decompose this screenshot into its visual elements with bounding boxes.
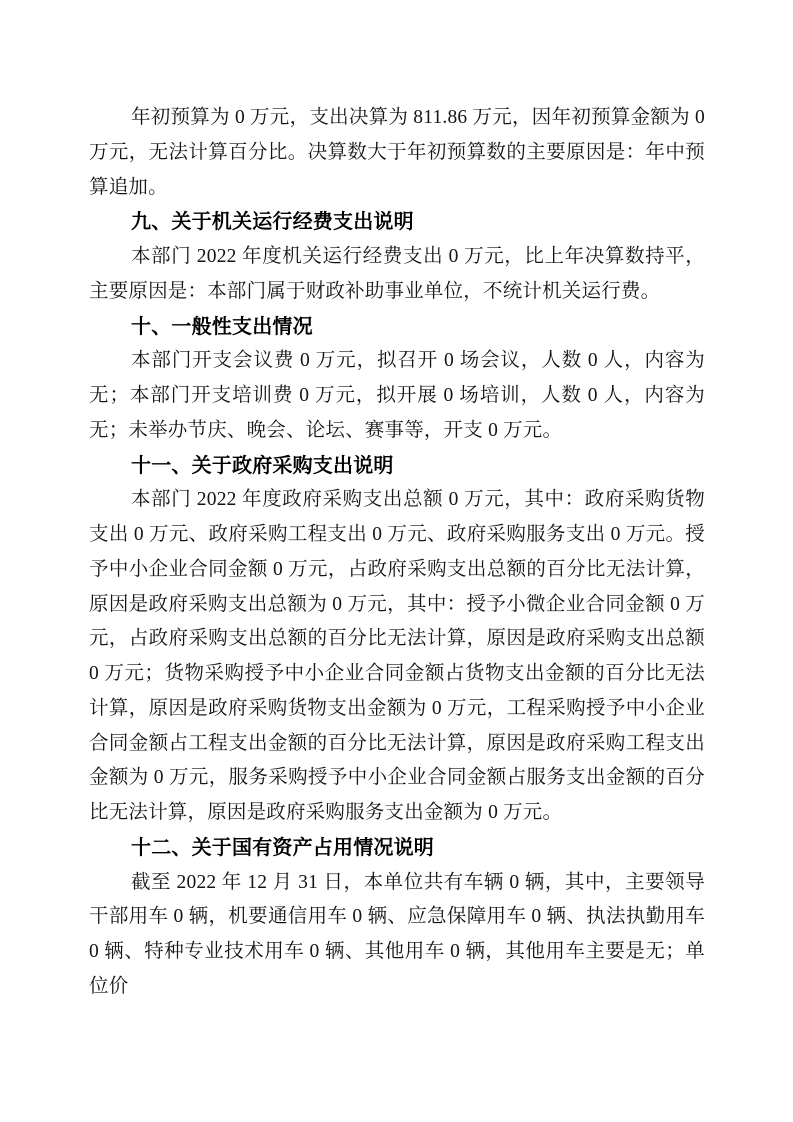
section-heading: 十二、关于国有资产占用情况说明 — [89, 831, 705, 866]
body-paragraph: 年初预算为 0 万元，支出决算为 811.86 万元，因年初预算金额为 0 万元… — [89, 101, 705, 205]
section-heading: 十、一般性支出情况 — [89, 310, 705, 345]
document-body: 年初预算为 0 万元，支出决算为 811.86 万元，因年初预算金额为 0 万元… — [89, 101, 705, 1005]
body-paragraph: 本部门 2022 年度机关运行经费支出 0 万元，比上年决算数持平，主要原因是：… — [89, 240, 705, 310]
section-heading: 十一、关于政府采购支出说明 — [89, 449, 705, 484]
body-paragraph: 本部门开支会议费 0 万元，拟召开 0 场会议，人数 0 人，内容为无；本部门开… — [89, 344, 705, 448]
body-paragraph: 本部门 2022 年度政府采购支出总额 0 万元，其中：政府采购货物支出 0 万… — [89, 483, 705, 831]
document-page: 年初预算为 0 万元，支出决算为 811.86 万元，因年初预算金额为 0 万元… — [0, 0, 793, 1122]
section-heading: 九、关于机关运行经费支出说明 — [89, 205, 705, 240]
body-paragraph: 截至 2022 年 12 月 31 日，本单位共有车辆 0 辆，其中，主要领导干… — [89, 866, 705, 1005]
